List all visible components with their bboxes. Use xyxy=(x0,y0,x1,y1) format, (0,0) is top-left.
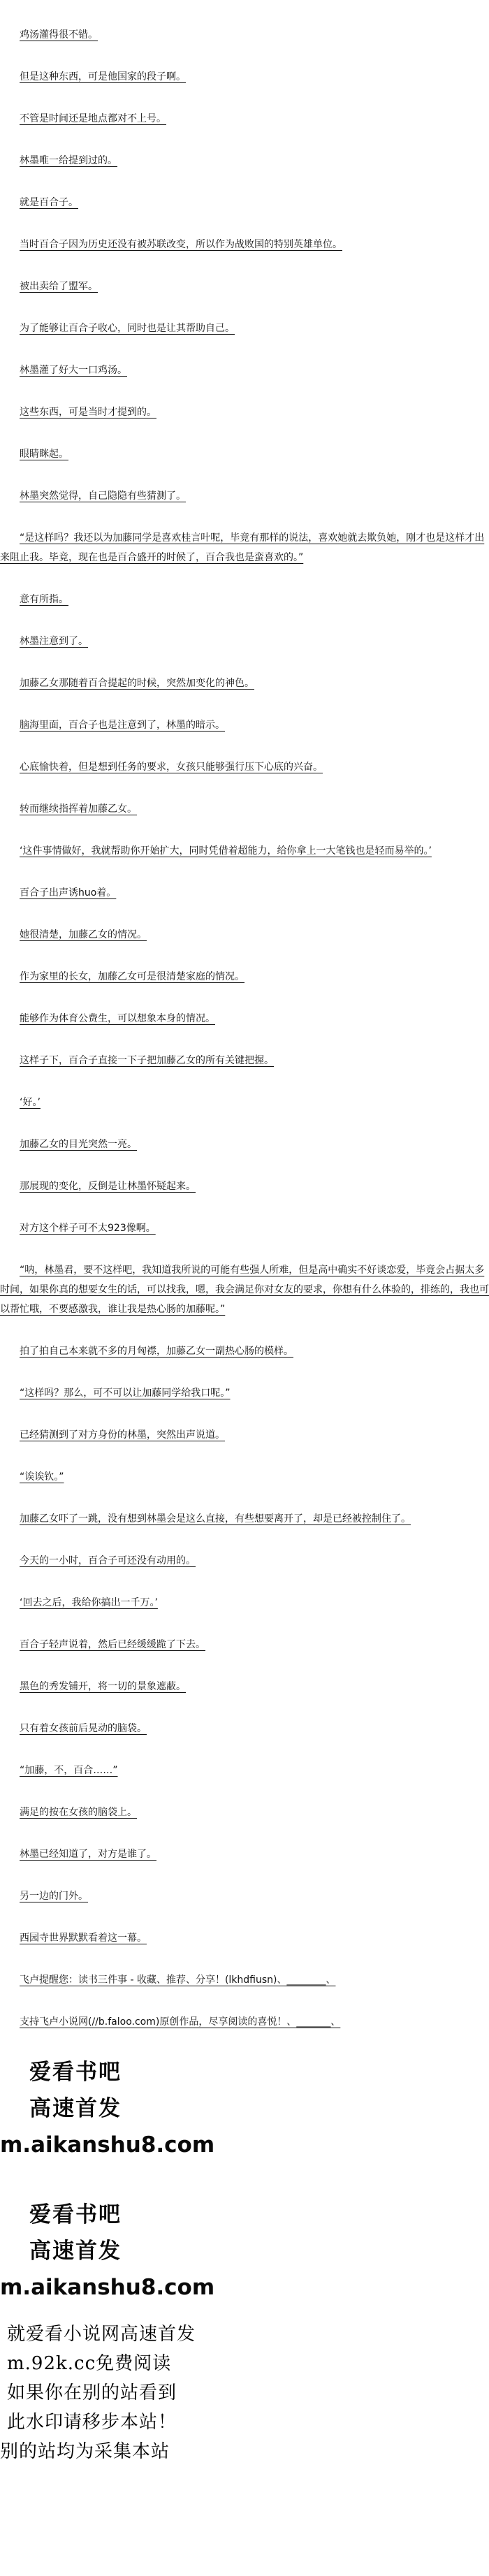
novel-paragraph: 心底愉快着，但是想到任务的要求，女孩只能够强行压下心底的兴奋。 xyxy=(0,757,489,777)
watermark-site-name: 爱看书吧 xyxy=(0,2197,489,2233)
novel-paragraph: 只有着女孩前后晃动的脑袋。 xyxy=(0,1719,489,1738)
anti-piracy-notice-line: 就爱看小说网高速首发 xyxy=(0,2320,489,2349)
faloo-support-line: 支持飞卢小说网(//b.faloo.com)原创作品，尽享阅读的喜悦！、____… xyxy=(0,2012,489,2032)
novel-paragraph: 拍了拍自己本来就不多的月匈襟，加藤乙女一副热心肠的模样。 xyxy=(0,1341,489,1361)
novel-paragraph: 林墨唯一给提到过的。 xyxy=(0,151,489,170)
novel-paragraph: 林墨突然觉得，自己隐隐有些猜测了。 xyxy=(0,486,489,506)
novel-paragraph: 林墨注意到了。 xyxy=(0,632,489,651)
novel-paragraph: 不管是时间还是地点都对不上号。 xyxy=(0,109,489,129)
novel-paragraph: 百合子出声诱huo着。 xyxy=(0,883,489,903)
novel-paragraph: 脑海里面，百合子也是注意到了，林墨的暗示。 xyxy=(0,715,489,735)
novel-paragraph: “加藤，不，百合……” xyxy=(0,1761,489,1780)
novel-paragraph: 这些东西，可是当时才提到的。 xyxy=(0,402,489,422)
watermark-tagline: 高速首发 xyxy=(0,2233,489,2269)
novel-paragraph: 加藤乙女吓了一跳，没有想到林墨会是这么直接，有些想要离开了，却是已经被控制住了。 xyxy=(0,1509,489,1529)
novel-paragraph: 那展现的变化，反倒是让林墨怀疑起来。 xyxy=(0,1177,489,1196)
novel-paragraph: 今天的一小时，百合子可还没有动用的。 xyxy=(0,1551,489,1571)
novel-paragraph: 鸡汤灌得很不错。 xyxy=(0,25,489,45)
novel-paragraph: ‘回去之后，我给你搞出一千万。’ xyxy=(0,1593,489,1613)
novel-paragraph: “是这样吗？我还以为加藤同学是喜欢桂言叶呢，毕竟有那样的说法，喜欢她就去欺负她，… xyxy=(0,528,489,567)
novel-paragraph: 对方这个样子可不太923像啊。 xyxy=(0,1218,489,1238)
aikanshu-watermark-block-1: 爱看书吧 高速首发 m.aikanshu8.com xyxy=(0,2054,489,2163)
novel-paragraph: 作为家里的长女，加藤乙女可是很清楚家庭的情况。 xyxy=(0,967,489,987)
novel-paragraph: 眼睛眯起。 xyxy=(0,444,489,464)
novel-paragraph: 能够作为体育公费生，可以想象本身的情况。 xyxy=(0,1009,489,1028)
novel-paragraph: 林墨灌了好大一口鸡汤。 xyxy=(0,361,489,380)
novel-body-text: 鸡汤灌得很不错。 但是这种东西，可是他国家的段子啊。 不管是时间还是地点都对不上… xyxy=(0,0,489,1948)
novel-paragraph: 为了能够让百合子收心，同时也是让其帮助自己。 xyxy=(0,319,489,338)
aikanshu-watermark-block-2: 爱看书吧 高速首发 m.aikanshu8.com xyxy=(0,2197,489,2306)
novel-paragraph: “这样吗？那么，可不可以让加藤同学给我口呢。” xyxy=(0,1383,489,1403)
novel-paragraph: 加藤乙女的目光突然一亮。 xyxy=(0,1135,489,1154)
novel-paragraph: 百合子轻声说着，然后已经缓缓跪了下去。 xyxy=(0,1635,489,1654)
novel-paragraph: 她很清楚，加藤乙女的情况。 xyxy=(0,925,489,945)
novel-paragraph: 加藤乙女那随着百合提起的时候，突然加变化的神色。 xyxy=(0,674,489,693)
novel-paragraph: 当时百合子因为历史还没有被苏联改变，所以作为战败国的特别英雄单位。 xyxy=(0,235,489,254)
novel-paragraph: 另一边的门外。 xyxy=(0,1886,489,1906)
novel-paragraph: 被出卖给了盟军。 xyxy=(0,277,489,296)
anti-piracy-notice-line: 别的站均为采集本站 xyxy=(0,2437,489,2466)
novel-paragraph: 就是百合子。 xyxy=(0,193,489,212)
anti-piracy-notice-line: 此水印请移步本站！ xyxy=(0,2408,489,2437)
novel-paragraph: 转而继续指挥着加藤乙女。 xyxy=(0,799,489,819)
novel-paragraph: ‘好。’ xyxy=(0,1093,489,1112)
novel-paragraph: 意有所指。 xyxy=(0,590,489,609)
novel-reader-page: 鸡汤灌得很不错。 但是这种东西，可是他国家的段子啊。 不管是时间还是地点都对不上… xyxy=(0,0,489,2466)
watermark-url: m.aikanshu8.com xyxy=(0,2127,489,2163)
novel-paragraph: 这样子下，百合子直接一下子把加藤乙女的所有关键把握。 xyxy=(0,1051,489,1070)
novel-paragraph: 已经猜测到了对方身份的林墨，突然出声说道。 xyxy=(0,1425,489,1445)
novel-paragraph: 黑色的秀发铺开，将一切的景象遮蔽。 xyxy=(0,1677,489,1696)
watermark-tagline: 高速首发 xyxy=(0,2090,489,2127)
novel-paragraph: ‘这件事情做好，我就帮助你开始扩大，同时凭借着超能力，给你拿上一大笔钱也是轻而易… xyxy=(0,841,489,861)
novel-paragraph: “诶诶钦。” xyxy=(0,1467,489,1487)
watermark-url: m.aikanshu8.com xyxy=(0,2269,489,2306)
anti-piracy-notice-line: 如果你在别的站看到 xyxy=(0,2378,489,2408)
novel-paragraph: 林墨已经知道了，对方是谁了。 xyxy=(0,1844,489,1864)
anti-piracy-notice-line: m.92k.cc免费阅读 xyxy=(0,2349,489,2378)
novel-paragraph: 西园寺世界默默看着这一幕。 xyxy=(0,1928,489,1948)
faloo-reminder-line: 飞卢提醒您：读书三件事 - 收藏、推荐、分享！(lkhdfiusn)、_____… xyxy=(0,1970,489,1990)
anti-piracy-notice: 就爱看小说网高速首发 m.92k.cc免费阅读 如果你在别的站看到 此水印请移步… xyxy=(0,2320,489,2466)
novel-paragraph: 但是这种东西，可是他国家的段子啊。 xyxy=(0,67,489,87)
novel-paragraph: “呐，林墨君，要不这样吧，我知道我所说的可能有些强人所难，但是高中确实不好谈恋爱… xyxy=(0,1260,489,1319)
novel-paragraph: 满足的按在女孩的脑袋上。 xyxy=(0,1803,489,1822)
watermark-site-name: 爱看书吧 xyxy=(0,2054,489,2090)
